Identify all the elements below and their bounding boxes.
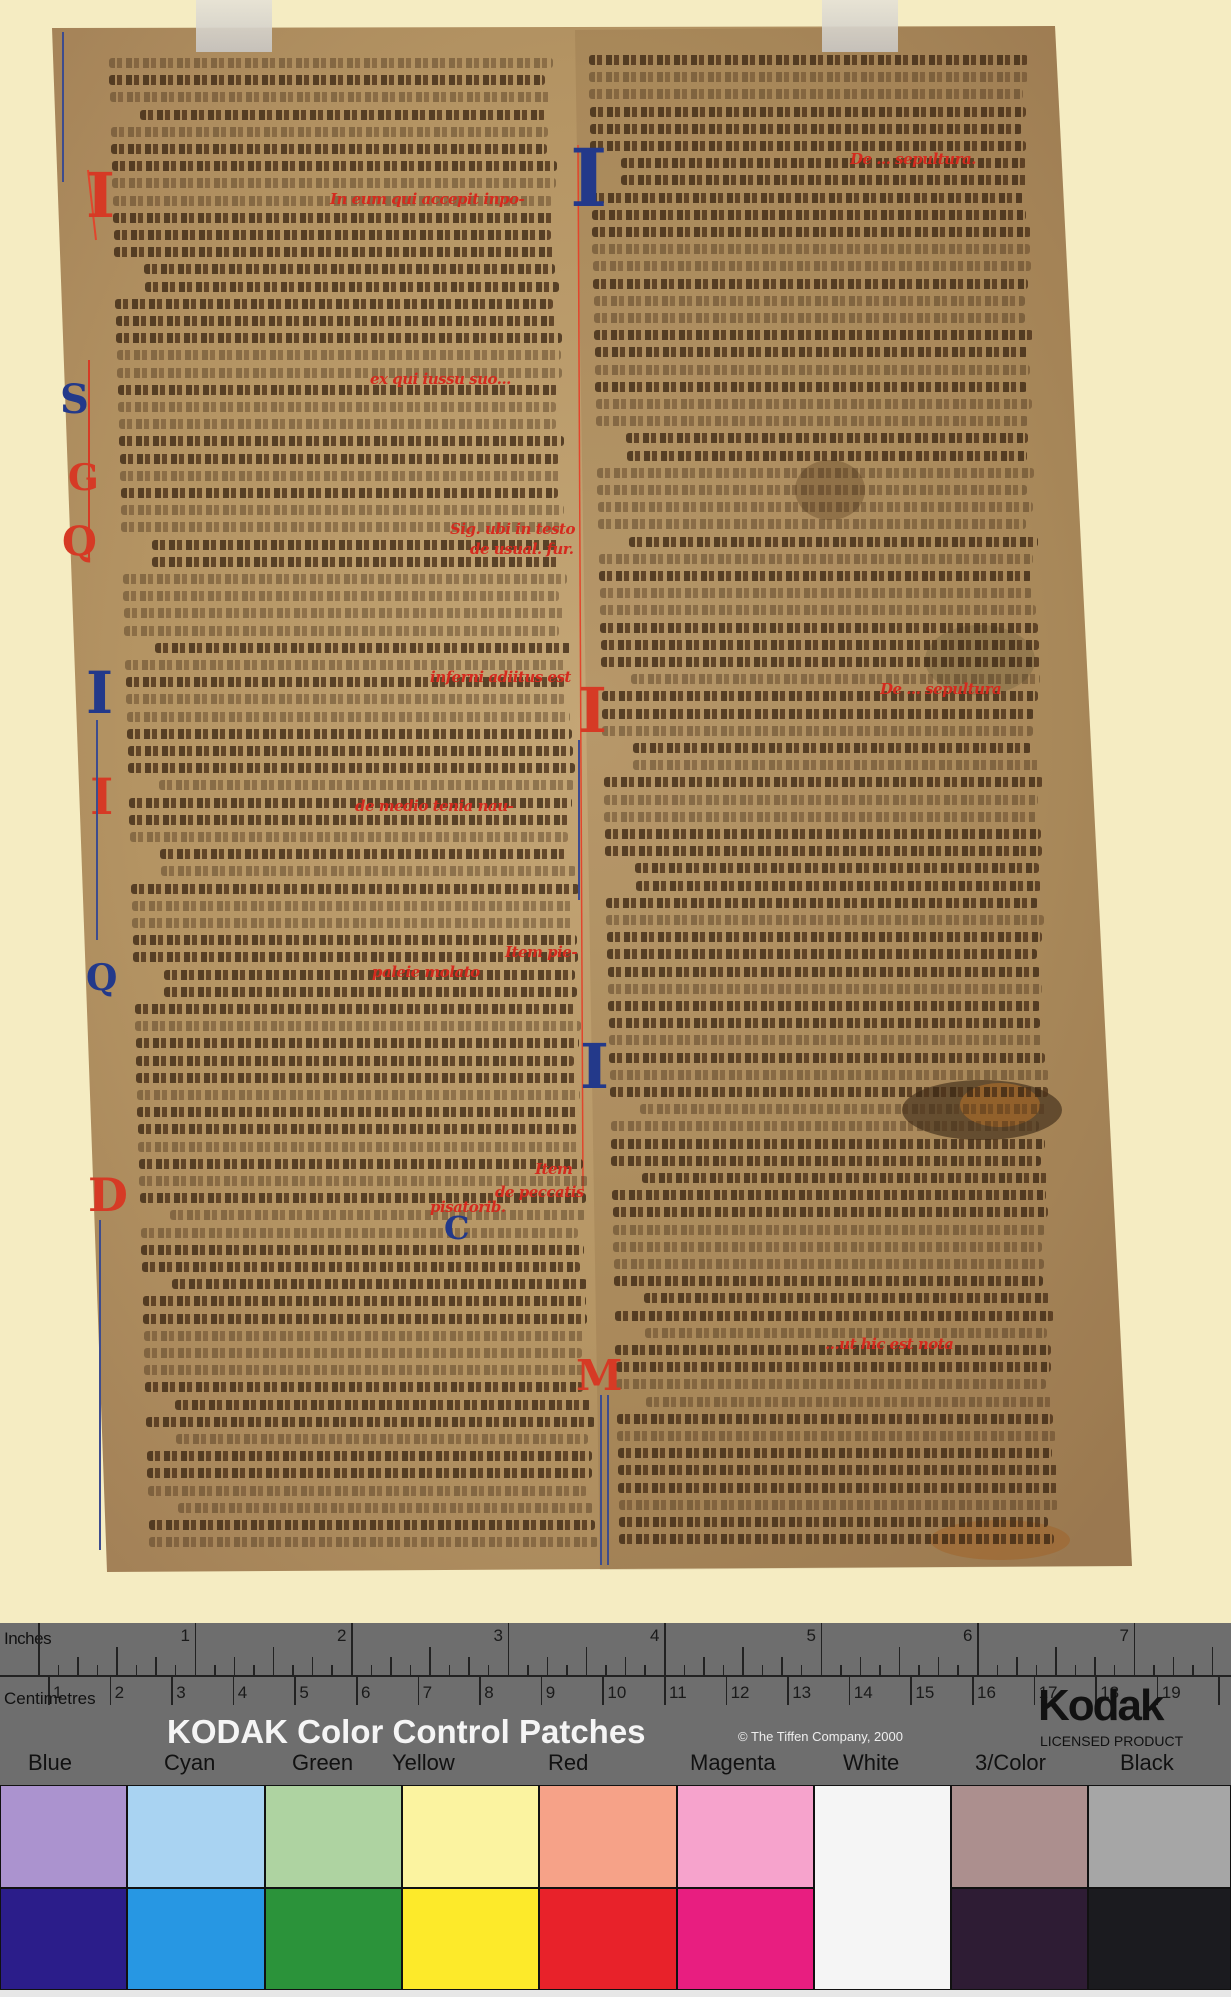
rubric: ...ut hic est nota [825,1335,953,1353]
ruler-tick [541,1677,543,1705]
script-line [599,571,1031,581]
script-line [589,89,1022,99]
script-line [618,1448,1053,1458]
patch-3-color-dark [951,1888,1088,1990]
script-line [595,365,1030,375]
script-line [121,488,559,498]
ruler-tick [972,1677,974,1705]
script-line [113,213,555,223]
script-line [114,247,555,257]
script-line [172,1279,587,1289]
patch-magenta-light [677,1785,814,1888]
ruler-tick [58,1665,60,1675]
script-line [146,1417,595,1427]
ruler-tick [410,1665,412,1675]
initial-G-red: G [68,460,99,496]
patch-label-cyan: Cyan [164,1750,215,1776]
script-line [594,296,1025,306]
script-line [121,505,564,515]
rubric: Item pie- [505,943,577,961]
initial-M-red: M [576,1355,623,1397]
ruler-tick [331,1665,333,1675]
script-line [124,608,566,618]
script-line [593,279,1027,289]
patch-yellow-light [402,1785,539,1888]
script-line [590,107,1026,117]
bottom-edge [0,1990,1231,1997]
ruler-tick [1218,1677,1220,1705]
inch-tick-label: 6 [963,1626,972,1646]
script-line [590,124,1022,134]
script-line [160,849,566,859]
script-line [137,1090,580,1100]
inches-label: Inches [4,1629,51,1649]
pen-flourish [600,1395,602,1565]
script-line [136,1038,580,1048]
patch-cyan-light [127,1785,265,1888]
ruler-tick [625,1657,627,1675]
inch-tick-label: 7 [1120,1626,1129,1646]
script-line [633,760,1040,770]
ruler-tick [1016,1657,1018,1675]
script-line [143,1296,586,1306]
script-line [646,1397,1051,1407]
script-line [607,949,1036,959]
script-line [137,1107,578,1117]
script-line [141,1228,578,1238]
script-line [120,454,560,464]
script-line [619,1517,1048,1527]
script-line [593,261,1031,271]
ruler-tick [488,1665,490,1675]
script-line [145,282,559,292]
ruler-tick [957,1665,959,1675]
script-line [613,1207,1048,1217]
patch-blue-light [0,1785,127,1888]
script-line [147,1451,592,1461]
script-line [110,92,552,102]
initial-I-blue: I [580,1036,609,1098]
script-line [589,55,1029,65]
script-line [640,1104,1047,1114]
script-line [164,987,577,997]
initial-I-red: I [86,165,115,227]
script-line [607,932,1042,942]
pen-flourish [578,740,580,900]
ruler-tick [849,1677,851,1705]
cm-tick-label: 2 [115,1683,124,1703]
script-line [616,1379,1046,1389]
script-line [615,1311,1055,1321]
ruler-tick [723,1665,725,1675]
script-line [633,743,1031,753]
ruler-tick [605,1665,607,1675]
script-line [592,244,1030,254]
ruler-tick [684,1665,686,1675]
script-line [143,1314,587,1324]
script-line [159,780,575,790]
ruler-tick [38,1623,40,1675]
script-line [613,1225,1045,1235]
ruler-tick [214,1665,216,1675]
cm-tick-label: 19 [1162,1683,1181,1703]
script-line [589,72,1028,82]
ruler-tick [233,1677,235,1705]
ruler-tick [418,1677,420,1705]
ruler-tick [1036,1665,1038,1675]
script-line [140,110,546,120]
script-line [136,1056,574,1066]
script-line [606,915,1044,925]
script-line [132,918,573,928]
initial-Q-red: Q [62,522,97,562]
copyright-text: © The Tiffen Company, 2000 [738,1729,903,1744]
cm-tick-label: 5 [299,1683,308,1703]
patch-label-magenta: Magenta [690,1750,776,1776]
script-line [129,815,569,825]
script-line [644,1293,1050,1303]
kodak-color-chart: Inches 12345678 123456789101112131415161… [0,1623,1231,1997]
script-line [127,729,572,739]
script-line [604,812,1037,822]
script-line [606,898,1038,908]
ruler-tick [801,1665,803,1675]
ruler-tick [762,1665,764,1675]
script-line [617,1431,1056,1441]
initial-D-red: D [88,1172,128,1218]
script-line [128,763,575,773]
ruler-tick [1153,1665,1155,1675]
patch-red-light [539,1785,677,1888]
patch-label-black: Black [1120,1750,1174,1776]
ruler-tick [155,1657,157,1675]
rubric: De ... sepultura. [850,150,976,168]
ruler-tick [1134,1623,1136,1675]
rubric: de usual. fur. [470,540,573,558]
script-line [109,75,545,85]
script-line [109,58,553,68]
ruler-tick [527,1665,529,1675]
patch-label-red: Red [548,1750,588,1776]
ruler-tick [292,1665,294,1675]
ruler-tick [77,1657,79,1675]
script-line [126,694,565,704]
script-line [592,210,1026,220]
ruler-tick [879,1665,881,1675]
script-line [600,623,1038,633]
ruler-tick [429,1647,431,1675]
patch-magenta-dark [677,1888,814,1990]
ruler-tick [1192,1665,1194,1675]
cm-tick-label: 15 [915,1683,934,1703]
ruler-tick [938,1657,940,1675]
initial-I-blue: I [570,138,607,218]
initial-C-blue: C [444,1212,469,1244]
ruler-tick [726,1677,728,1705]
ruler-tick [175,1665,177,1675]
script-line [596,416,1028,426]
ruler-tick [1094,1657,1096,1675]
ruler-tick [110,1677,112,1705]
rubric: de peccatis [495,1183,584,1201]
script-line [144,264,555,274]
cm-tick-label: 10 [607,1683,626,1703]
inch-tick-label: 4 [650,1626,659,1646]
ruler-tick [840,1665,842,1675]
patch-green-light [265,1785,402,1888]
patch-red-dark [539,1888,677,1990]
script-line [170,1210,585,1220]
script-line [596,399,1032,409]
script-line [608,984,1042,994]
ruler-tick [860,1657,862,1675]
script-line [610,1070,1050,1080]
ruler-tick [97,1665,99,1675]
patch-label-green: Green [292,1750,353,1776]
script-line [115,299,553,309]
script-line [594,330,1033,340]
script-line [597,468,1034,478]
script-line [600,588,1032,598]
ruler-tick [586,1647,588,1675]
ruler-tick [1055,1647,1057,1675]
script-line [119,419,557,429]
script-line [601,640,1039,650]
script-line [128,746,573,756]
inch-tick-label: 1 [181,1626,190,1646]
ruler-tick [997,1665,999,1675]
cm-tick-label: 13 [792,1683,811,1703]
inch-tick-label: 3 [494,1626,503,1646]
ruler-tick [356,1677,358,1705]
rubric: inferni adiitus est [430,668,571,686]
centimetres-label: Centimetres [4,1689,96,1709]
script-line [138,1142,579,1152]
ruler-tick [602,1677,604,1705]
ruler-tick [234,1657,236,1675]
ruler-tick [508,1623,510,1675]
mounting-tape-left [196,0,272,52]
script-line [609,1035,1042,1045]
patch-black-dark [1088,1888,1231,1990]
cm-tick-label: 7 [423,1683,432,1703]
cm-tick-label: 14 [854,1683,873,1703]
script-line [611,1139,1044,1149]
ruler-tick [703,1657,705,1675]
script-line [598,502,1033,512]
script-line [117,350,561,360]
script-line [621,175,1029,185]
chart-title: KODAK Color Control Patches [167,1713,646,1751]
script-line [616,1362,1051,1372]
ruler-tick [273,1647,275,1675]
patch-yellow-dark [402,1888,539,1990]
cm-tick-label: 9 [546,1683,555,1703]
script-line [591,193,1023,203]
script-line [111,144,547,154]
script-line [602,709,1034,719]
script-line [600,605,1036,615]
script-line [142,1262,581,1272]
ruler-tick [918,1665,920,1675]
script-line [618,1483,1057,1493]
script-line [597,485,1026,495]
ruler-tick [351,1623,353,1675]
script-line [611,1156,1041,1166]
script-line [149,1520,595,1530]
script-line [619,1534,1054,1544]
pen-flourish [96,720,98,940]
patch-white [814,1785,951,1990]
script-line [130,832,568,842]
patch-black-light [1088,1785,1231,1888]
script-line [124,626,559,636]
cm-tick-label: 16 [977,1683,996,1703]
script-line [175,1400,591,1410]
script-line [605,846,1042,856]
pen-flourish [99,1220,101,1550]
script-line [610,1087,1048,1097]
script-line [614,1259,1044,1269]
inch-tick-label: 2 [337,1626,346,1646]
ruler-tick [899,1647,901,1675]
inch-ruler: Inches 12345678 [0,1623,1231,1677]
script-line [148,1486,587,1496]
script-line [608,967,1040,977]
script-line [611,1121,1039,1131]
script-line [627,451,1028,461]
script-line [132,901,574,911]
script-line [144,1348,582,1358]
script-line [112,178,556,188]
ruler-tick [1173,1657,1175,1675]
ruler-tick [664,1623,666,1675]
patch-blue-dark [0,1888,127,1990]
script-line [613,1242,1042,1252]
script-line [118,402,556,412]
ruler-tick [910,1677,912,1705]
ruler-tick [312,1657,314,1675]
ruler-tick [136,1665,138,1675]
script-line [123,574,567,584]
initial-I-blue: I [86,664,113,722]
script-line [598,519,1026,529]
script-line [131,884,578,894]
script-line [145,1382,583,1392]
script-line [618,1465,1058,1475]
ruler-tick [449,1665,451,1675]
cm-tick-label: 12 [731,1683,750,1703]
script-line [614,1276,1043,1286]
initial-I-red: I [578,680,607,742]
initial-I-red: I [90,772,113,822]
patch-label-yellow: Yellow [392,1750,455,1776]
rubric: de medio tenia nau- [355,797,513,815]
rubric: De ... sepultura [880,680,1001,698]
scanned-manuscript-scene: In eum qui accepit inpo- ex qui iussu su… [0,0,1231,1997]
script-line [595,347,1028,357]
ruler-tick [644,1665,646,1675]
ruler-tick [1114,1665,1116,1675]
patch-label-white: White [843,1750,899,1776]
rubric: Item [535,1160,572,1178]
script-line [136,1073,577,1083]
script-line [144,1365,583,1375]
cm-tick-label: 4 [238,1683,247,1703]
ruler-tick [787,1677,789,1705]
script-line [127,712,570,722]
script-line [135,1004,576,1014]
script-line [604,777,1044,787]
pen-flourish [88,360,90,560]
script-line [178,1503,593,1513]
ruler-tick [664,1677,666,1705]
script-line [599,554,1033,564]
script-line [123,591,559,601]
ruler-tick [294,1677,296,1705]
ruler-tick [253,1665,255,1675]
rubric: ex qui iussu suo... [370,370,511,388]
ruler-tick [371,1665,373,1675]
script-line [155,643,572,653]
cm-tick-label: 11 [669,1683,687,1703]
ruler-tick [195,1623,197,1675]
ruler-tick [821,1623,823,1675]
script-line [119,436,564,446]
ruler-tick [566,1665,568,1675]
script-line [120,471,562,481]
licensed-product-text: LICENSED PRODUCT [1040,1733,1183,1749]
ruler-tick [171,1677,173,1705]
ruler-tick [116,1647,118,1675]
script-line [612,1190,1046,1200]
cm-tick-label: 8 [484,1683,493,1703]
script-line [112,161,557,171]
rubric: Sig. ubi in testo [450,520,575,538]
ruler-tick [1075,1665,1077,1675]
script-line [595,382,1026,392]
patch-label-3-color: 3/Color [975,1750,1046,1776]
patch-3-color-light [951,1785,1088,1888]
mounting-tape-right [822,0,898,52]
script-line [635,863,1038,873]
kodak-logo: Kodak [1038,1681,1162,1731]
script-line [149,1537,598,1547]
script-line [116,316,556,326]
script-line [176,1434,587,1444]
script-line [601,657,1040,667]
ruler-tick [468,1657,470,1675]
script-line [114,230,552,240]
script-line [592,227,1031,237]
script-line [141,1245,583,1255]
ruler-tick [390,1657,392,1675]
ruler-tick [547,1657,549,1675]
ruler-tick [479,1677,481,1705]
script-line [604,795,1038,805]
script-line [609,1053,1045,1063]
rubric: In eum qui accepit inpo- [330,190,524,208]
script-line [619,1500,1059,1510]
script-line [626,433,1027,443]
script-line [161,866,576,876]
script-line [164,970,575,980]
script-line [608,1001,1040,1011]
pen-flourish [62,32,64,182]
script-line [629,537,1039,547]
script-line [617,1414,1053,1424]
rubric: paleie molato [372,963,480,981]
